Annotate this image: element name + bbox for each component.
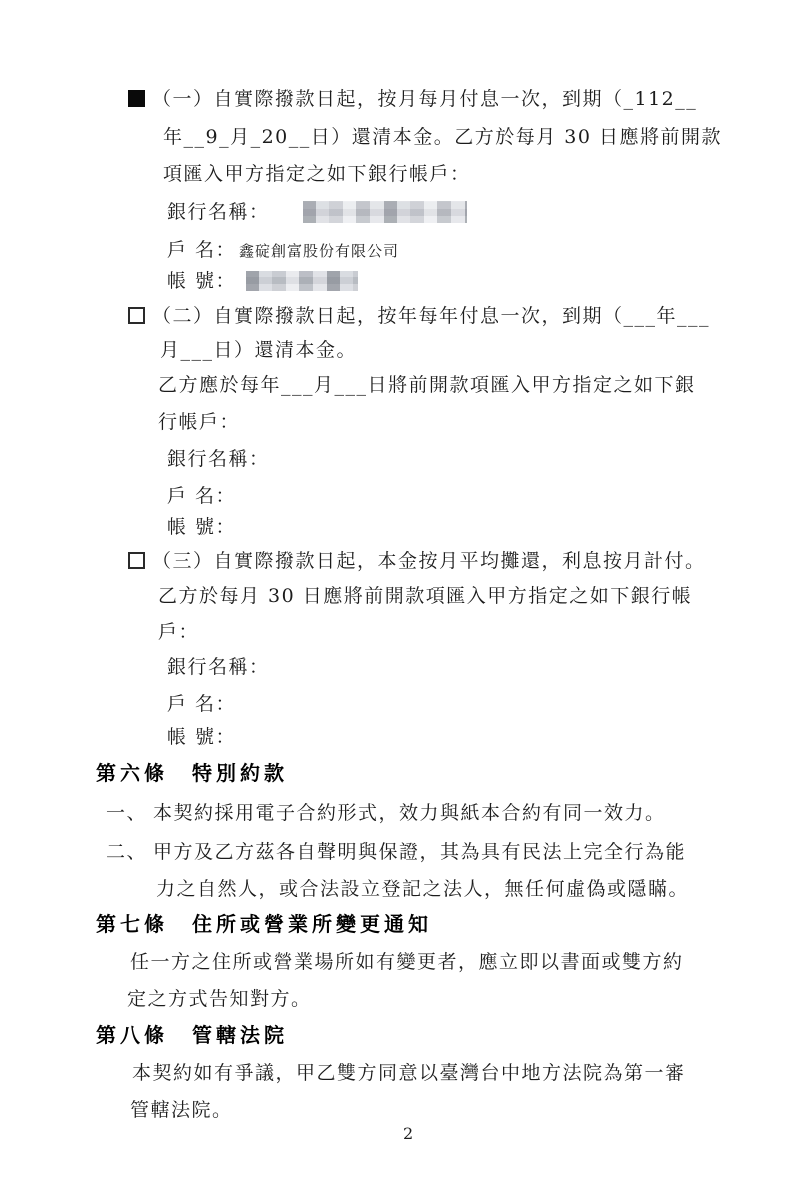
option2-bank-name-label: 銀行名稱： xyxy=(167,446,270,472)
option2-holder-label: 戶 名： xyxy=(167,483,236,509)
redacted-account-number-block xyxy=(246,271,358,291)
option3-bank-name-label: 銀行名稱： xyxy=(167,654,270,680)
option1-line3: 項匯入甲方指定之如下銀行帳戶： xyxy=(163,161,471,187)
contract-page: （一）自實際撥款日起，按月每月付息一次，到期（_112__ 年__9_月_20_… xyxy=(0,0,797,1182)
article6-item1-text: 本契約採用電子合約形式，效力與紙本合約有同一效力。 xyxy=(153,800,666,826)
checkbox-unchecked-icon xyxy=(128,307,145,324)
article6-title: 第六條 特別約款 xyxy=(96,760,288,786)
option2-line2: 月___日）還清本金。 xyxy=(160,337,357,363)
article7-body-line1: 任一方之住所或營業場所如有變更者，應立即以書面或雙方約 xyxy=(130,949,684,975)
article6-item2-number: 二、 xyxy=(106,839,147,865)
article8-body-line2: 管轄法院。 xyxy=(130,1097,233,1123)
option2-line3: 乙方應於每年___月___日將前開款項匯入甲方指定之如下銀 xyxy=(158,372,696,398)
option1-line1: （一）自實際撥款日起，按月每月付息一次，到期（_112__ xyxy=(152,86,697,112)
article7-body-line2: 定之方式告知對方。 xyxy=(127,986,312,1012)
article6-item2-line2: 力之自然人，或合法設立登記之法人，無任何虛偽或隱瞞。 xyxy=(156,876,689,902)
redacted-bank-name-block xyxy=(303,201,467,223)
option3-line1: （三）自實際撥款日起，本金按月平均攤還，利息按月計付。 xyxy=(152,548,706,574)
checkbox-checked-icon xyxy=(128,90,145,107)
option3-holder-label: 戶 名： xyxy=(167,691,236,717)
page-number: 2 xyxy=(403,1124,413,1143)
option1-holder-row: 戶 名：鑫碇創富股份有限公司 xyxy=(167,237,399,264)
option1-line2: 年__9_月_20__日）還清本金。乙方於每月 30 日應將前開款 xyxy=(163,124,722,150)
article8-body-line1: 本契約如有爭議，甲乙雙方同意以臺灣台中地方法院為第一審 xyxy=(132,1060,686,1086)
option2-account-label: 帳 號： xyxy=(167,514,236,540)
option1-holder-label: 戶 名： xyxy=(167,239,236,261)
article7-title: 第七條 住所或營業所變更通知 xyxy=(96,911,432,937)
option1-bank-name-label: 銀行名稱： xyxy=(167,199,270,225)
option2-line1: （二）自實際撥款日起，按年每年付息一次，到期（___年___ xyxy=(152,303,710,329)
option3-account-label: 帳 號： xyxy=(167,724,236,750)
article8-title: 第八條 管轄法院 xyxy=(96,1022,288,1048)
option1-holder-value: 鑫碇創富股份有限公司 xyxy=(239,242,399,260)
option1-account-label: 帳 號： xyxy=(167,268,236,294)
checkbox-unchecked-icon xyxy=(128,552,145,569)
article6-item2-line1: 甲方及乙方茲各自聲明與保證，其為具有民法上完全行為能 xyxy=(153,839,686,865)
option3-line2: 乙方於每月 30 日應將前開款項匯入甲方指定之如下銀行帳 xyxy=(158,583,692,609)
option2-line4: 行帳戶： xyxy=(158,409,240,435)
article6-item1-number: 一、 xyxy=(106,800,147,826)
option3-line3: 戶： xyxy=(158,619,199,645)
